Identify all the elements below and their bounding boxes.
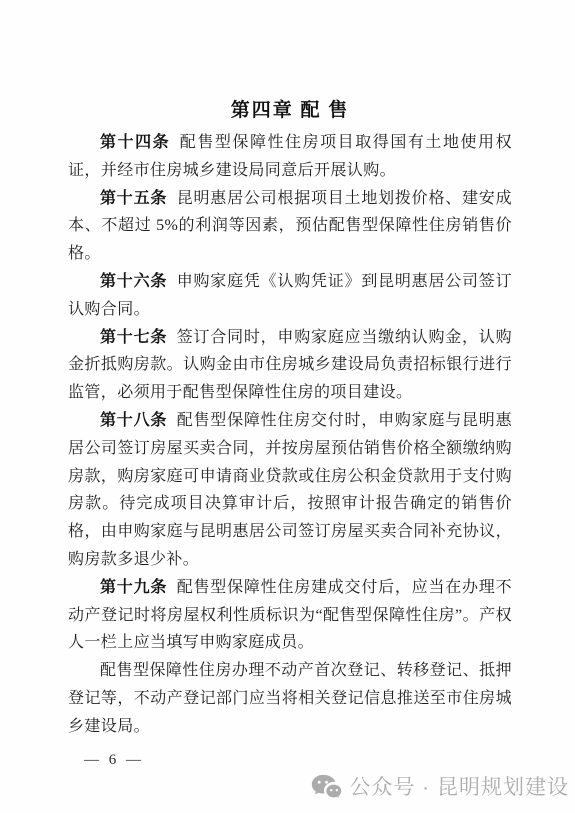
watermark-label: 公众号 · 昆明规划建设 bbox=[349, 771, 569, 801]
article-number: 第十九条 bbox=[100, 579, 167, 596]
document-body: 第四章 配 售 第十四条配售型保障性住房项目取得国有土地使用权证，并经市住房城乡… bbox=[68, 97, 512, 741]
article-number: 第十五条 bbox=[100, 190, 167, 207]
article-paragraph-14: 第十四条配售型保障性住房项目取得国有土地使用权证，并经市住房城乡建设局同意后开展… bbox=[68, 129, 512, 185]
page-number: — 6 — bbox=[84, 752, 144, 769]
article-paragraph-continuation: 配售型保障性住房办理不动产首次登记、转移登记、抵押登记等，不动产登记部门应当将相… bbox=[68, 657, 512, 740]
article-text: 配售型保障性住房办理不动产首次登记、转移登记、抵押登记等，不动产登记部门应当将相… bbox=[68, 662, 512, 735]
article-number: 第十八条 bbox=[100, 412, 167, 429]
wechat-icon bbox=[311, 773, 342, 800]
wechat-watermark: 公众号 · 昆明规划建设 bbox=[311, 771, 569, 801]
article-paragraph-18: 第十八条配售型保障性住房交付时，申购家庭与昆明惠居公司签订房屋买卖合同，并按房屋… bbox=[68, 407, 512, 574]
article-number: 第十四条 bbox=[100, 134, 170, 151]
article-number: 第十六条 bbox=[100, 273, 167, 290]
document-page: 第四章 配 售 第十四条配售型保障性住房项目取得国有土地使用权证，并经市住房城乡… bbox=[0, 0, 575, 813]
article-paragraph-17: 第十七条签订合同时，申购家庭应当缴纳认购金，认购金折抵购房款。认购金由市住房城乡… bbox=[68, 324, 512, 407]
article-number: 第十七条 bbox=[100, 329, 167, 346]
article-text: 配售型保障性住房交付时，申购家庭与昆明惠居公司签订房屋买卖合同，并按房屋预估销售… bbox=[68, 412, 512, 568]
article-paragraph-16: 第十六条申购家庭凭《认购凭证》到昆明惠居公司签订认购合同。 bbox=[68, 268, 512, 324]
article-paragraph-15: 第十五条昆明惠居公司根据项目土地划拨价格、建安成本、不超过 5%的利润等因素，预… bbox=[68, 185, 512, 268]
article-paragraph-19: 第十九条配售型保障性住房建成交付后，应当在办理不动产登记时将房屋权利性质标识为“… bbox=[68, 574, 512, 657]
chapter-title: 第四章 配 售 bbox=[68, 97, 512, 125]
